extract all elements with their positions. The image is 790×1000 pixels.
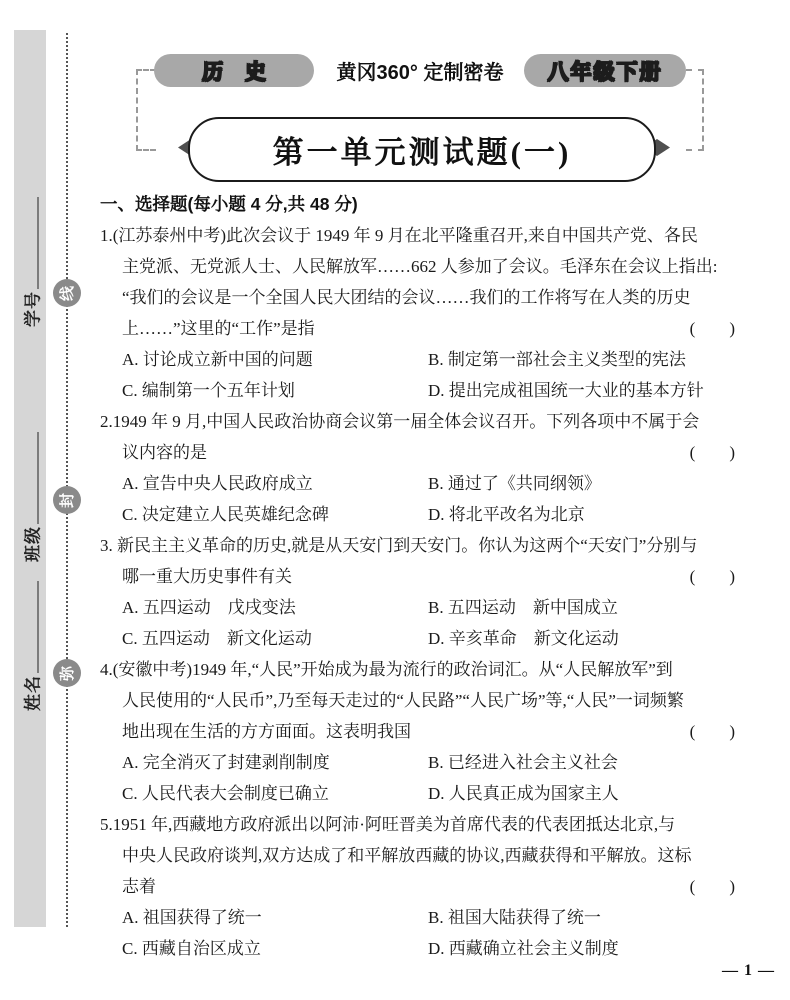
stem-line: 人民使用的“人民币”,乃至每天走过的“人民路”“人民广场”等,“人民”一词频繁 bbox=[122, 685, 735, 716]
option: A. 五四运动 戊戌变法 bbox=[122, 592, 428, 623]
class-field: 班级 bbox=[19, 432, 44, 562]
stem-line: “我们的会议是一个全国人民大团结的会议……我们的工作将写在人类的历史 bbox=[122, 282, 735, 313]
stem-line: 志着( ) bbox=[122, 871, 735, 902]
stem-text: 地出现在生活的方方面面。这表明我国 bbox=[122, 716, 411, 747]
option: D. 辛亥革命 新文化运动 bbox=[428, 623, 735, 654]
option: D. 西藏确立社会主义制度 bbox=[428, 933, 735, 964]
stem-text: “我们的会议是一个全国人民大团结的会议……我们的工作将写在人类的历史 bbox=[122, 288, 691, 307]
stem-text: 3. 新民主主义革命的历史,就是从天安门到天安门。你认为这两个“天安门”分别与 bbox=[100, 536, 697, 555]
grade-badge: 八年级下册 bbox=[524, 54, 686, 87]
option: A. 讨论成立新中国的问题 bbox=[122, 344, 428, 375]
header-connector-left bbox=[136, 69, 156, 151]
option: C. 编制第一个五年计划 bbox=[122, 375, 428, 406]
stem-text: 中央人民政府谈判,双方达成了和平解放西藏的协议,西藏获得和平解放。这标 bbox=[122, 846, 692, 865]
name-blank bbox=[35, 581, 39, 673]
test-title: 第一单元测试题(一) bbox=[273, 127, 572, 172]
stem-text: 1.(江苏泰州中考)此次会议于 1949 年 9 月在北平隆重召开,来自中国共产… bbox=[100, 226, 698, 245]
stem-line: 主党派、无党派人士、人民解放军……662 人参加了会议。毛泽东在会议上指出: bbox=[122, 251, 735, 282]
stem-line: 5.1951 年,西藏地方政府派出以阿沛·阿旺晋美为首席代表的代表团抵达北京,与 bbox=[122, 809, 735, 840]
option: A. 宣告中央人民政府成立 bbox=[122, 468, 428, 499]
test-title-box: 第一单元测试题(一) bbox=[188, 117, 656, 182]
question-list: 1.(江苏泰州中考)此次会议于 1949 年 9 月在北平隆重召开,来自中国共产… bbox=[100, 220, 735, 964]
stem-text: 志着 bbox=[122, 871, 156, 902]
question-options: A. 讨论成立新中国的问题B. 制定第一部社会主义类型的宪法C. 编制第一个五年… bbox=[100, 344, 735, 406]
option: B. 通过了《共同纲领》 bbox=[428, 468, 735, 499]
question: 2.1949 年 9 月,中国人民政治协商会议第一届全体会议召开。下列各项中不属… bbox=[100, 406, 735, 530]
page-number: — 1 — bbox=[722, 962, 775, 980]
option: B. 五四运动 新中国成立 bbox=[428, 592, 735, 623]
question-stem: 4.(安徽中考)1949 年,“人民”开始成为最为流行的政治词汇。从“人民解放军… bbox=[100, 654, 735, 747]
stem-text: 人民使用的“人民币”,乃至每天走过的“人民路”“人民广场”等,“人民”一词频繁 bbox=[122, 691, 684, 710]
question-options: A. 宣告中央人民政府成立B. 通过了《共同纲领》C. 决定建立人民英雄纪念碑D… bbox=[100, 468, 735, 530]
section-heading: 一、选择题(每小题 4 分,共 48 分) bbox=[100, 189, 735, 220]
question-stem: 5.1951 年,西藏地方政府派出以阿沛·阿旺晋美为首席代表的代表团抵达北京,与… bbox=[100, 809, 735, 902]
question: 3. 新民主主义革命的历史,就是从天安门到天安门。你认为这两个“天安门”分别与哪… bbox=[100, 530, 735, 654]
seal-char-text: 封 bbox=[56, 492, 77, 507]
seal-char-text: 弥 bbox=[56, 665, 77, 680]
stem-line: 3. 新民主主义革命的历史,就是从天安门到天安门。你认为这两个“天安门”分别与 bbox=[122, 530, 735, 561]
stem-line: 哪一重大历史事件有关( ) bbox=[122, 561, 735, 592]
stem-line: 地出现在生活的方方面面。这表明我国( ) bbox=[122, 716, 735, 747]
stem-line: 1.(江苏泰州中考)此次会议于 1949 年 9 月在北平隆重召开,来自中国共产… bbox=[122, 220, 735, 251]
student-id-blank bbox=[35, 197, 39, 289]
question-stem: 2.1949 年 9 月,中国人民政治协商会议第一届全体会议召开。下列各项中不属… bbox=[100, 406, 735, 468]
option: C. 西藏自治区成立 bbox=[122, 933, 428, 964]
stem-line: 上……”这里的“工作”是指( ) bbox=[122, 313, 735, 344]
option: D. 将北平改名为北京 bbox=[428, 499, 735, 530]
option: D. 提出完成祖国统一大业的基本方针 bbox=[428, 375, 735, 406]
question: 5.1951 年,西藏地方政府派出以阿沛·阿旺晋美为首席代表的代表团抵达北京,与… bbox=[100, 809, 735, 964]
class-label: 班级 bbox=[24, 526, 43, 562]
student-id-field: 学号 bbox=[19, 197, 44, 327]
answer-bracket: ( ) bbox=[690, 313, 735, 344]
seal-char-text: 线 bbox=[56, 285, 77, 300]
header-connector-right bbox=[686, 69, 704, 151]
student-id-label: 学号 bbox=[24, 291, 43, 327]
option: B. 已经进入社会主义社会 bbox=[428, 747, 735, 778]
option: B. 制定第一部社会主义类型的宪法 bbox=[428, 344, 735, 375]
question-options: A. 完全消灭了封建剥削制度B. 已经进入社会主义社会C. 人民代表大会制度已确… bbox=[100, 747, 735, 809]
stem-text: 2.1949 年 9 月,中国人民政治协商会议第一届全体会议召开。下列各项中不属… bbox=[100, 412, 699, 431]
stem-line: 4.(安徽中考)1949 年,“人民”开始成为最为流行的政治词汇。从“人民解放军… bbox=[122, 654, 735, 685]
question-stem: 1.(江苏泰州中考)此次会议于 1949 年 9 月在北平隆重召开,来自中国共产… bbox=[100, 220, 735, 344]
subject-badge: 历 史 bbox=[154, 54, 314, 87]
stem-text: 4.(安徽中考)1949 年,“人民”开始成为最为流行的政治词汇。从“人民解放军… bbox=[100, 660, 673, 679]
stem-line: 中央人民政府谈判,双方达成了和平解放西藏的协议,西藏获得和平解放。这标 bbox=[122, 840, 735, 871]
question-options: A. 五四运动 戊戌变法B. 五四运动 新中国成立C. 五四运动 新文化运动D.… bbox=[100, 592, 735, 654]
seal-line bbox=[66, 33, 68, 927]
name-label: 姓名 bbox=[24, 675, 43, 711]
stem-line: 议内容的是( ) bbox=[122, 437, 735, 468]
seal-char-badge: 弥 bbox=[53, 659, 81, 687]
seal-char-badge: 线 bbox=[53, 279, 81, 307]
option: B. 祖国大陆获得了统一 bbox=[428, 902, 735, 933]
seal-char-badge: 封 bbox=[53, 486, 81, 514]
class-blank bbox=[35, 432, 39, 524]
answer-bracket: ( ) bbox=[690, 561, 735, 592]
stem-text: 哪一重大历史事件有关 bbox=[122, 561, 292, 592]
question: 1.(江苏泰州中考)此次会议于 1949 年 9 月在北平隆重召开,来自中国共产… bbox=[100, 220, 735, 406]
stem-text: 议内容的是 bbox=[122, 437, 207, 468]
stem-text: 5.1951 年,西藏地方政府派出以阿沛·阿旺晋美为首席代表的代表团抵达北京,与 bbox=[100, 815, 675, 834]
name-field: 姓名 bbox=[19, 581, 44, 711]
stem-line: 2.1949 年 9 月,中国人民政治协商会议第一届全体会议召开。下列各项中不属… bbox=[122, 406, 735, 437]
option: C. 五四运动 新文化运动 bbox=[122, 623, 428, 654]
option: C. 决定建立人民英雄纪念碑 bbox=[122, 499, 428, 530]
question-stem: 3. 新民主主义革命的历史,就是从天安门到天安门。你认为这两个“天安门”分别与哪… bbox=[100, 530, 735, 592]
brand-text: 黄冈360° 定制密卷 bbox=[312, 56, 528, 85]
question: 4.(安徽中考)1949 年,“人民”开始成为最为流行的政治词汇。从“人民解放军… bbox=[100, 654, 735, 809]
option: A. 完全消灭了封建剥削制度 bbox=[122, 747, 428, 778]
exam-page: 学号 班级 姓名 线 封 弥 历 史 黄冈360° 定制密卷 八年级下册 第一单… bbox=[0, 0, 790, 1000]
question-area: 一、选择题(每小题 4 分,共 48 分) 1.(江苏泰州中考)此次会议于 19… bbox=[100, 189, 735, 964]
option: D. 人民真正成为国家主人 bbox=[428, 778, 735, 809]
option: A. 祖国获得了统一 bbox=[122, 902, 428, 933]
answer-bracket: ( ) bbox=[690, 437, 735, 468]
stem-text: 主党派、无党派人士、人民解放军……662 人参加了会议。毛泽东在会议上指出: bbox=[122, 257, 717, 276]
stem-text: 上……”这里的“工作”是指 bbox=[122, 313, 315, 344]
answer-bracket: ( ) bbox=[690, 716, 735, 747]
option: C. 人民代表大会制度已确立 bbox=[122, 778, 428, 809]
answer-bracket: ( ) bbox=[690, 871, 735, 902]
question-options: A. 祖国获得了统一B. 祖国大陆获得了统一C. 西藏自治区成立D. 西藏确立社… bbox=[100, 902, 735, 964]
